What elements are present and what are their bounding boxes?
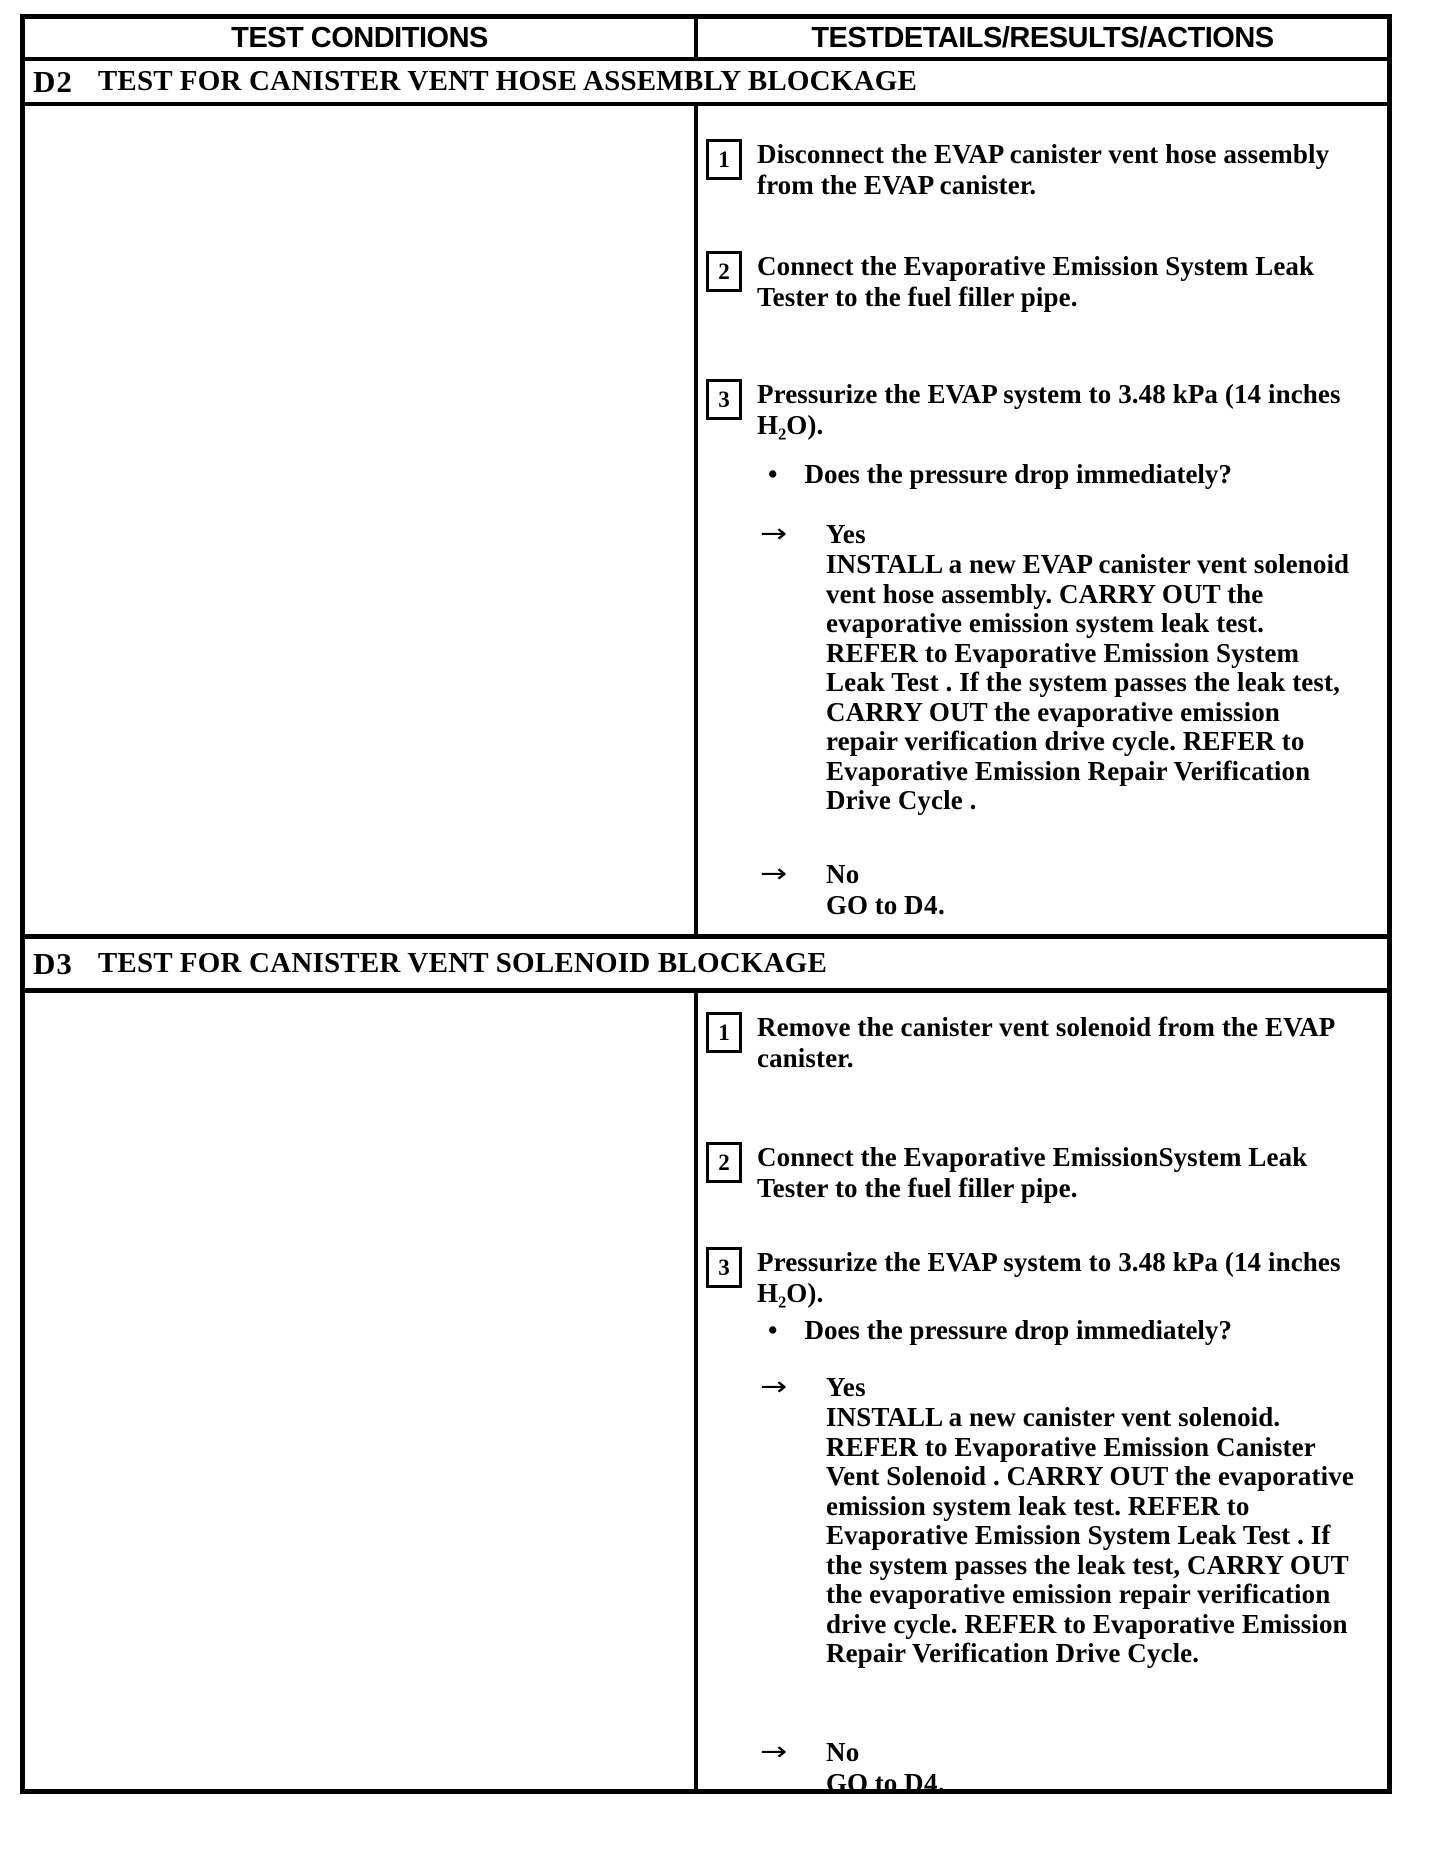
arrow-right-icon: →: [760, 1372, 833, 1402]
section-d2-test-conditions-cell: [25, 106, 698, 934]
goto-target: D4: [904, 890, 938, 920]
step-number-box: 1: [706, 139, 742, 180]
bullet-icon: •: [768, 459, 777, 489]
section-d3-details-cell: 1 Remove the canister vent solenoid from…: [698, 993, 1387, 1789]
section-d2-title-row: D2 TEST FOR CANISTER VENT HOSE ASSEMBLY …: [25, 61, 1387, 106]
step-row: 2 Connect the Evaporative EmissionSystem…: [698, 1142, 1381, 1204]
no-label: No: [826, 859, 945, 890]
section-d3-body-row: 1 Remove the canister vent solenoid from…: [25, 993, 1387, 1789]
step-number-box: 2: [706, 251, 742, 292]
no-action-text: GO to D4.: [826, 1768, 945, 1799]
section-d3-id: D3: [33, 946, 73, 982]
step-text: Disconnect the EVAP canister vent hose a…: [757, 139, 1329, 201]
step-text: Connect the Evaporative EmissionSystem L…: [757, 1142, 1307, 1204]
step-number-box: 3: [706, 379, 742, 420]
step-text: Pressurize the EVAP system to 3.48 kPa (…: [757, 379, 1341, 441]
yes-action-text: INSTALL a new canister vent solenoid. RE…: [826, 1403, 1354, 1669]
step-row: 2 Connect the Evaporative Emission Syste…: [698, 251, 1381, 313]
step-text: Pressurize the EVAP system to 3.48 kPa (…: [757, 1247, 1341, 1309]
header-test-details-results-actions: TESTDETAILS/RESULTS/ACTIONS: [698, 19, 1387, 57]
no-result-text: No GO to D4.: [826, 1737, 945, 1799]
section-d3-title: TEST FOR CANISTER VENT SOLENOID BLOCKAGE: [98, 947, 827, 980]
step-row: 3 Pressurize the EVAP system to 3.48 kPa…: [698, 379, 1381, 441]
header-test-conditions: TEST CONDITIONS: [25, 19, 698, 57]
yes-result-row: → Yes INSTALL a new canister vent soleno…: [698, 1372, 1381, 1669]
section-d2-details-cell: 1 Disconnect the EVAP canister vent hose…: [698, 106, 1387, 934]
section-d2-id: D2: [33, 64, 73, 100]
section-d2-body-row: 1 Disconnect the EVAP canister vent hose…: [25, 106, 1387, 939]
goto-target: D4: [904, 1768, 938, 1798]
goto-text: GO to: [826, 1768, 904, 1798]
section-d3-test-conditions-cell: [25, 993, 698, 1789]
goto-period: .: [938, 890, 945, 920]
arrow-right-icon: →: [760, 859, 833, 889]
no-result-text: No GO to D4.: [826, 859, 945, 921]
arrow-right-icon: →: [760, 519, 833, 549]
step-row: 3 Pressurize the EVAP system to 3.48 kPa…: [698, 1247, 1381, 1309]
yes-action-text: INSTALL a new EVAP canister vent solenoi…: [826, 550, 1349, 816]
goto-text: GO to: [826, 890, 904, 920]
table-header-row: TEST CONDITIONS TESTDETAILS/RESULTS/ACTI…: [25, 19, 1387, 61]
step-row: 1 Remove the canister vent solenoid from…: [698, 1012, 1381, 1074]
yes-label: Yes: [826, 1372, 1354, 1403]
no-result-row: → No GO to D4.: [698, 1737, 1381, 1799]
step-number-box: 3: [706, 1247, 742, 1288]
no-label: No: [826, 1737, 945, 1768]
step-number-box: 1: [706, 1012, 742, 1053]
yes-result-text: Yes INSTALL a new EVAP canister vent sol…: [826, 519, 1349, 816]
question-text: Does the pressure drop immediately?: [804, 459, 1231, 489]
question-row: • Does the pressure drop immediately?: [698, 459, 1381, 489]
section-d2-title: TEST FOR CANISTER VENT HOSE ASSEMBLY BLO…: [98, 65, 917, 98]
step-row: 1 Disconnect the EVAP canister vent hose…: [698, 139, 1381, 201]
arrow-right-icon: →: [760, 1737, 833, 1767]
question-text: Does the pressure drop immediately?: [804, 1315, 1231, 1345]
step-text: Remove the canister vent solenoid from t…: [757, 1012, 1335, 1074]
step-text: Connect the Evaporative Emission System …: [757, 251, 1314, 313]
yes-result-row: → Yes INSTALL a new EVAP canister vent s…: [698, 519, 1381, 816]
goto-period: .: [938, 1768, 945, 1798]
question-row: • Does the pressure drop immediately?: [698, 1315, 1381, 1345]
yes-result-text: Yes INSTALL a new canister vent solenoid…: [826, 1372, 1354, 1669]
no-action-text: GO to D4.: [826, 890, 945, 921]
no-result-row: → No GO to D4.: [698, 859, 1381, 921]
step-number-box: 2: [706, 1142, 742, 1183]
section-d3-title-row: D3 TEST FOR CANISTER VENT SOLENOID BLOCK…: [25, 939, 1387, 993]
pinpoint-test-table: TEST CONDITIONS TESTDETAILS/RESULTS/ACTI…: [20, 14, 1392, 1794]
yes-label: Yes: [826, 519, 1349, 550]
bullet-icon: •: [768, 1315, 777, 1345]
